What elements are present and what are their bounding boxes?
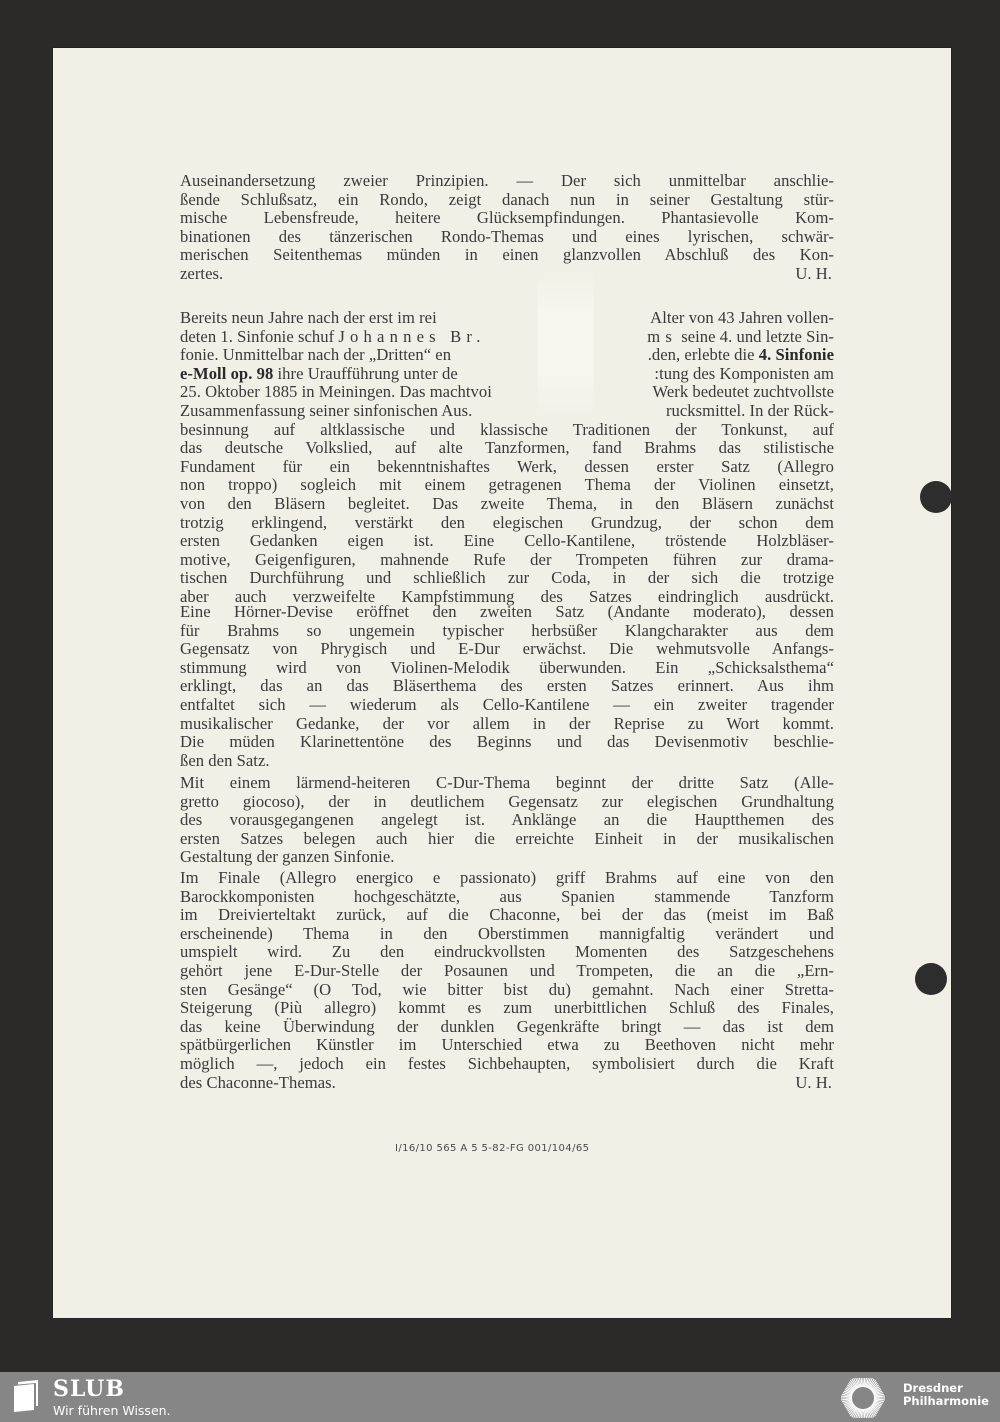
text-line: Gestaltung der ganzen Sinfonie. [180,848,834,867]
text-fragment: seine 4. und letzte Sin- [681,327,834,346]
text-line: mische Lebensfreude, heitere Glücksempfi… [180,209,834,228]
text-line: zertes. U. H. [180,265,834,284]
slub-title: SLUB [53,1376,125,1402]
paragraph-concerto-finale: Auseinandersetzung zweier Prinzipien. — … [180,172,834,284]
text-line: ersten Gedanken eigen ist. Eine Cello-Ka… [180,532,834,551]
text-line: für Brahms so ungemein typischer herbsüß… [180,622,834,641]
text-line: Fundament für ein bekenntnishaftes Werk,… [180,458,834,477]
text-line: Gegensatz von Phrygisch und E-Dur erwäch… [180,640,834,659]
text-line: das keine Überwindung der dunklen Gegenk… [180,1018,834,1037]
author-signature: U. H. [795,265,834,284]
slub-tagline: Wir führen Wissen. [53,1403,171,1418]
paragraph-second-movement: Eine Hörner-Devise eröffnet den zweiten … [180,603,834,770]
text-line: stimmung wird von Violinen-Melodik überw… [180,659,834,678]
text-line: Mit einem lärmend-heiteren C-Dur-Thema b… [180,774,834,793]
text-fragment: des Chaconne-Themas. [180,1074,336,1093]
text-line: entfaltet sich — wiederum als Cello-Kant… [180,696,834,715]
dp-line-2: Philharmonie [903,1395,989,1408]
text-fragment: .den, erlebte die [648,345,755,364]
text-fragment: fonie. Unmittelbar nach der „Dritten“ en [180,346,451,365]
text-fragment: Zusammenfassung seiner sinfonischen Aus. [180,402,472,421]
text-line: deten 1. Sinfonie schuf Johannes Br. ms … [180,328,834,347]
text-line: umspielt wird. Zu den eindruckvollsten M… [180,943,834,962]
text-line: ßende Schlußsatz, ein Rondo, zeigt danac… [180,191,834,210]
text-line: Die müden Klarinettentöne des Beginns un… [180,733,834,752]
text-line: das deutsche Volkslied, auf alte Tanzfor… [180,439,834,458]
dresdner-philharmonie-wordmark: Dresdner Philharmonie [903,1382,989,1408]
text-line: sten Gesänge“ (O Tod, wie bitter bist du… [180,981,834,1000]
footer-bar: SLUB Wir führen Wissen. Dresdner Philhar… [0,1372,1000,1422]
text-line: erscheinende) Thema in den Oberstimmen m… [180,925,834,944]
composer-name: ms [647,327,677,346]
text-fragment: zertes. [180,265,223,284]
text-line: ersten Satzes belegen auch hier die erre… [180,830,834,849]
text-line: binationen des tänzerischen Rondo-Themas… [180,228,834,247]
text-line: spätbürgerlichen Künstler im Unterschied… [180,1036,834,1055]
book-pages-icon [14,1380,40,1412]
sunburst-ring-icon [840,1375,886,1421]
text-fragment: Werk bedeutet zuchtvollste [652,383,834,402]
paragraph-symphony-first-movement: Bereits neun Jahre nach der erst im rei … [180,309,834,607]
text-line: besinnung auf altklassische und klassisc… [180,421,834,440]
work-key: e-Moll op. 98 [180,364,273,383]
text-line: trotzig erklingend, verstärkt den elegis… [180,514,834,533]
text-line: fonie. Unmittelbar nach der „Dritten“ en… [180,346,834,365]
text-fragment: deten 1. Sinfonie schuf [180,327,334,346]
text-line: im Dreivierteltakt zurück, auf die Chaco… [180,906,834,925]
author-signature: U. H. [795,1074,834,1093]
text-line: ßen den Satz. [180,752,834,771]
text-line: Bereits neun Jahre nach der erst im rei … [180,309,834,328]
text-fragment: ihre Uraufführung unter de [278,364,458,383]
composer-name: Johannes Br. [338,327,485,346]
text-line: merischen Seitenthemas münden in einen g… [180,246,834,265]
punch-hole [915,963,947,995]
text-line: gehört jene E-Dur-Stelle der Posaunen un… [180,962,834,981]
text-line: Im Finale (Allegro energico e passionato… [180,869,834,888]
text-line: gretto giocoso), der in deutlichem Gegen… [180,793,834,812]
paragraph-finale: Im Finale (Allegro energico e passionato… [180,869,834,1092]
text-line: e-Moll op. 98 ihre Uraufführung unter de… [180,365,834,384]
text-fragment: Alter von 43 Jahren vollen- [650,309,834,328]
text-line: des vorausgegangenen angelegt ist. Anklä… [180,811,834,830]
text-line: erklingt, das an das Bläserthema des ers… [180,677,834,696]
text-line: Eine Hörner-Devise eröffnet den zweiten … [180,603,834,622]
text-line: Barockkomponisten hochgeschätzte, aus Sp… [180,888,834,907]
work-title: 4. Sinfonie [759,345,834,364]
print-license-code: I/16/10 565 A 5 5-82-FG 001/104/65 [395,1143,589,1154]
text-line: Auseinandersetzung zweier Prinzipien. — … [180,172,834,191]
paragraph-third-movement: Mit einem lärmend-heiteren C-Dur-Thema b… [180,774,834,867]
text-line: non troppo) sogleich mit einem getragene… [180,476,834,495]
text-fragment: 25. Oktober 1885 in Meiningen. Das macht… [180,383,492,402]
text-line: von den Bläsern begleitet. Das zweite Th… [180,495,834,514]
text-line: möglich —, jedoch ein festes Sichbehaupt… [180,1055,834,1074]
text-line: Steigerung (Più allegro) kommt es zum un… [180,999,834,1018]
text-line: tischen Durchführung und schließlich zur… [180,569,834,588]
text-line: des Chaconne-Themas. U. H. [180,1074,834,1093]
text-line: musikalischer Gedanke, der vor allem in … [180,715,834,734]
punch-hole [920,481,952,513]
text-fragment: Bereits neun Jahre nach der erst im rei [180,309,437,328]
text-line: 25. Oktober 1885 in Meiningen. Das macht… [180,383,834,402]
paper-damage-mark [538,268,594,418]
text-fragment: rucksmittel. In der Rück- [666,402,834,421]
text-fragment: :tung des Komponisten am [654,365,834,384]
text-line: motive, Geigenfiguren, mahnende Rufe der… [180,551,834,570]
text-line: Zusammenfassung seiner sinfonischen Aus.… [180,402,834,421]
